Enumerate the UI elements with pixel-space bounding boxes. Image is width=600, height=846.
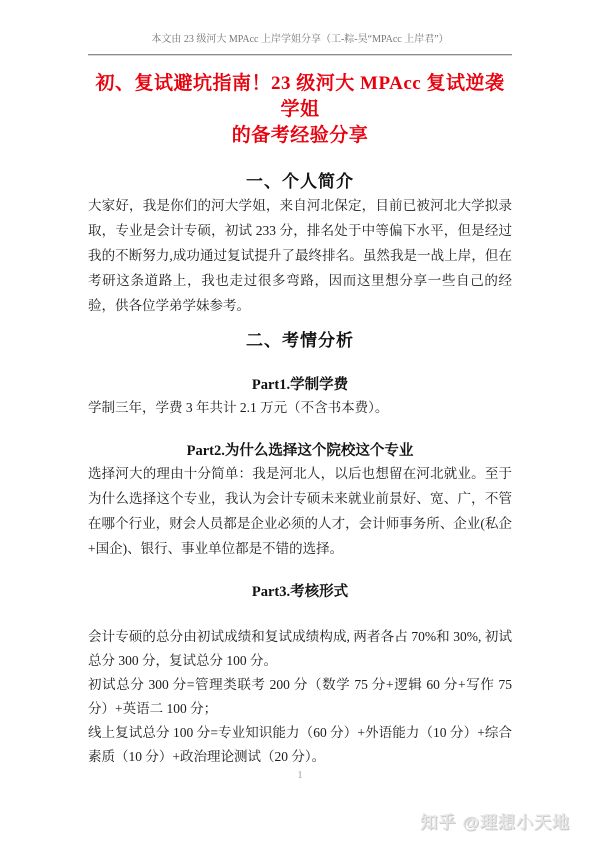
zhihu-brand-text: 知乎 <box>420 813 456 832</box>
part3-heading-exam-format: Part3.考核形式 <box>88 582 512 602</box>
paragraph-score-composition: 会计专硕的总分由初试成绩和复试成绩构成, 两者各占 70%和 30%, 初试总分… <box>88 625 512 673</box>
page-header-note: 本文由 23 级河大 MPAcc 上岸学姐分享（工-粽-昊“MPAcc 上岸君”… <box>88 0 512 55</box>
document-title: 初、复试避坑指南！23 级河大 MPAcc 复试逆袭学姐 的备考经验分享 <box>88 71 512 149</box>
paragraph-why-school: 选择河大的理由十分简单：我是河北人，以后也想留在河北就业。至于为什么选择这个专业… <box>88 461 512 561</box>
document-title-line1: 初、复试避坑指南！23 级河大 MPAcc 复试逆袭学姐 <box>88 71 512 123</box>
section-heading-personal-intro: 一、个人简介 <box>88 171 512 193</box>
zhihu-watermark: 知乎@理想小天地 <box>420 808 570 833</box>
document-title-line2: 的备考经验分享 <box>88 123 512 149</box>
document-content: 本文由 23 级河大 MPAcc 上岸学姐分享（工-粽-昊“MPAcc 上岸君”… <box>0 0 600 769</box>
paragraph-tuition: 学制三年，学费 3 年共计 2.1 万元（不含书本费）。 <box>88 395 512 420</box>
page-number: 1 <box>0 770 600 781</box>
zhihu-watermark-handle: @理想小天地 <box>462 813 570 832</box>
part2-heading-why-school: Part2.为什么选择这个院校这个专业 <box>88 441 512 461</box>
paragraph-first-exam-breakdown: 初试总分 300 分=管理类联考 200 分（数学 75 分+逻辑 60 分+写… <box>88 673 512 721</box>
paragraph-retest-breakdown: 线上复试总分 100 分=专业知识能力（60 分）+外语能力（10 分）+综合素… <box>88 721 512 769</box>
section-heading-exam-analysis: 二、考情分析 <box>88 330 512 352</box>
paragraph-personal-intro: 大家好，我是你们的河大学姐，来自河北保定，目前已被河北大学拟录取，专业是会计专硕… <box>88 193 512 318</box>
exam-format-paragraphs: 会计专硕的总分由初试成绩和复试成绩构成, 两者各占 70%和 30%, 初试总分… <box>88 625 512 769</box>
document-page: 本文由 23 级河大 MPAcc 上岸学姐分享（工-粽-昊“MPAcc 上岸君”… <box>0 0 600 846</box>
part1-heading-tuition: Part1.学制学费 <box>88 375 512 395</box>
